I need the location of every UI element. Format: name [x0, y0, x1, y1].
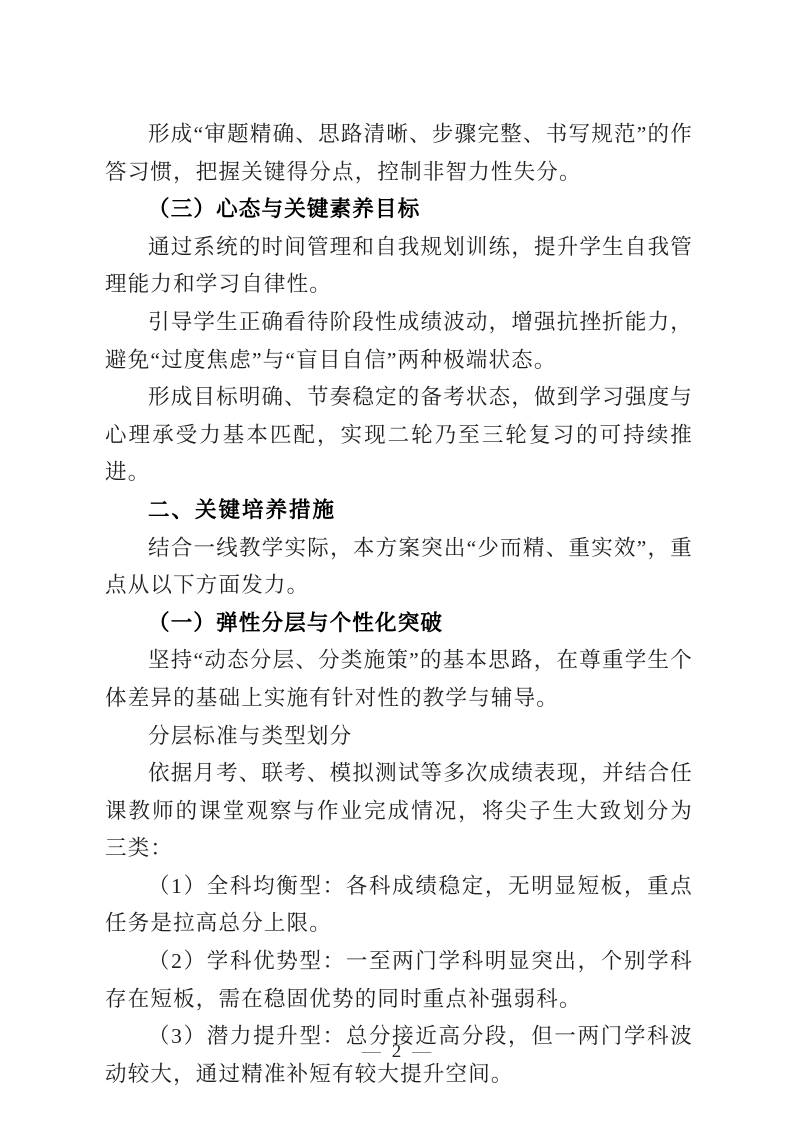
- section-heading-three: （三）心态与关键素养目标: [105, 191, 693, 229]
- body-paragraph: 结合一线教学实际，本方案突出“少而精、重实效”，重点从以下方面发力。: [105, 530, 693, 605]
- body-paragraph: 通过系统的时间管理和自我规划训练，提升学生自我管理能力和学习自律性。: [105, 229, 693, 304]
- page-number: 2: [392, 1041, 402, 1062]
- footer-dash-left: —: [362, 1041, 381, 1062]
- subheading-criteria: 分层标准与类型划分: [105, 718, 693, 756]
- body-paragraph: 形成“审题精确、思路清晰、步骤完整、书写规范”的作答习惯，把握关键得分点，控制非…: [105, 116, 693, 191]
- numbered-item-1: （1）全科均衡型：各科成绩稳定，无明显短板，重点任务是拉高总分上限。: [105, 868, 693, 943]
- section-heading-one: （一）弹性分层与个性化突破: [105, 605, 693, 643]
- body-paragraph: 依据月考、联考、模拟测试等多次成绩表现，并结合任课教师的课堂观察与作业完成情况，…: [105, 755, 693, 868]
- chapter-heading-two: 二、关键培养措施: [105, 492, 693, 530]
- page-footer: —2—: [0, 1040, 793, 1064]
- document-body: 形成“审题精确、思路清晰、步骤完整、书写规范”的作答习惯，把握关键得分点，控制非…: [105, 116, 693, 1093]
- body-paragraph: 坚持“动态分层、分类施策”的基本思路，在尊重学生个体差异的基础上实施有针对性的教…: [105, 642, 693, 717]
- body-paragraph: 引导学生正确看待阶段性成绩波动，增强抗挫折能力，避免“过度焦虑”与“盲目自信”两…: [105, 304, 693, 379]
- numbered-item-2: （2）学科优势型：一至两门学科明显突出，个别学科存在短板，需在稳固优势的同时重点…: [105, 943, 693, 1018]
- footer-dash-right: —: [412, 1041, 431, 1062]
- document-page: 形成“审题精确、思路清晰、步骤完整、书写规范”的作答习惯，把握关键得分点，控制非…: [0, 0, 793, 1122]
- body-paragraph: 形成目标明确、节奏稳定的备考状态，做到学习强度与心理承受力基本匹配，实现二轮乃至…: [105, 379, 693, 492]
